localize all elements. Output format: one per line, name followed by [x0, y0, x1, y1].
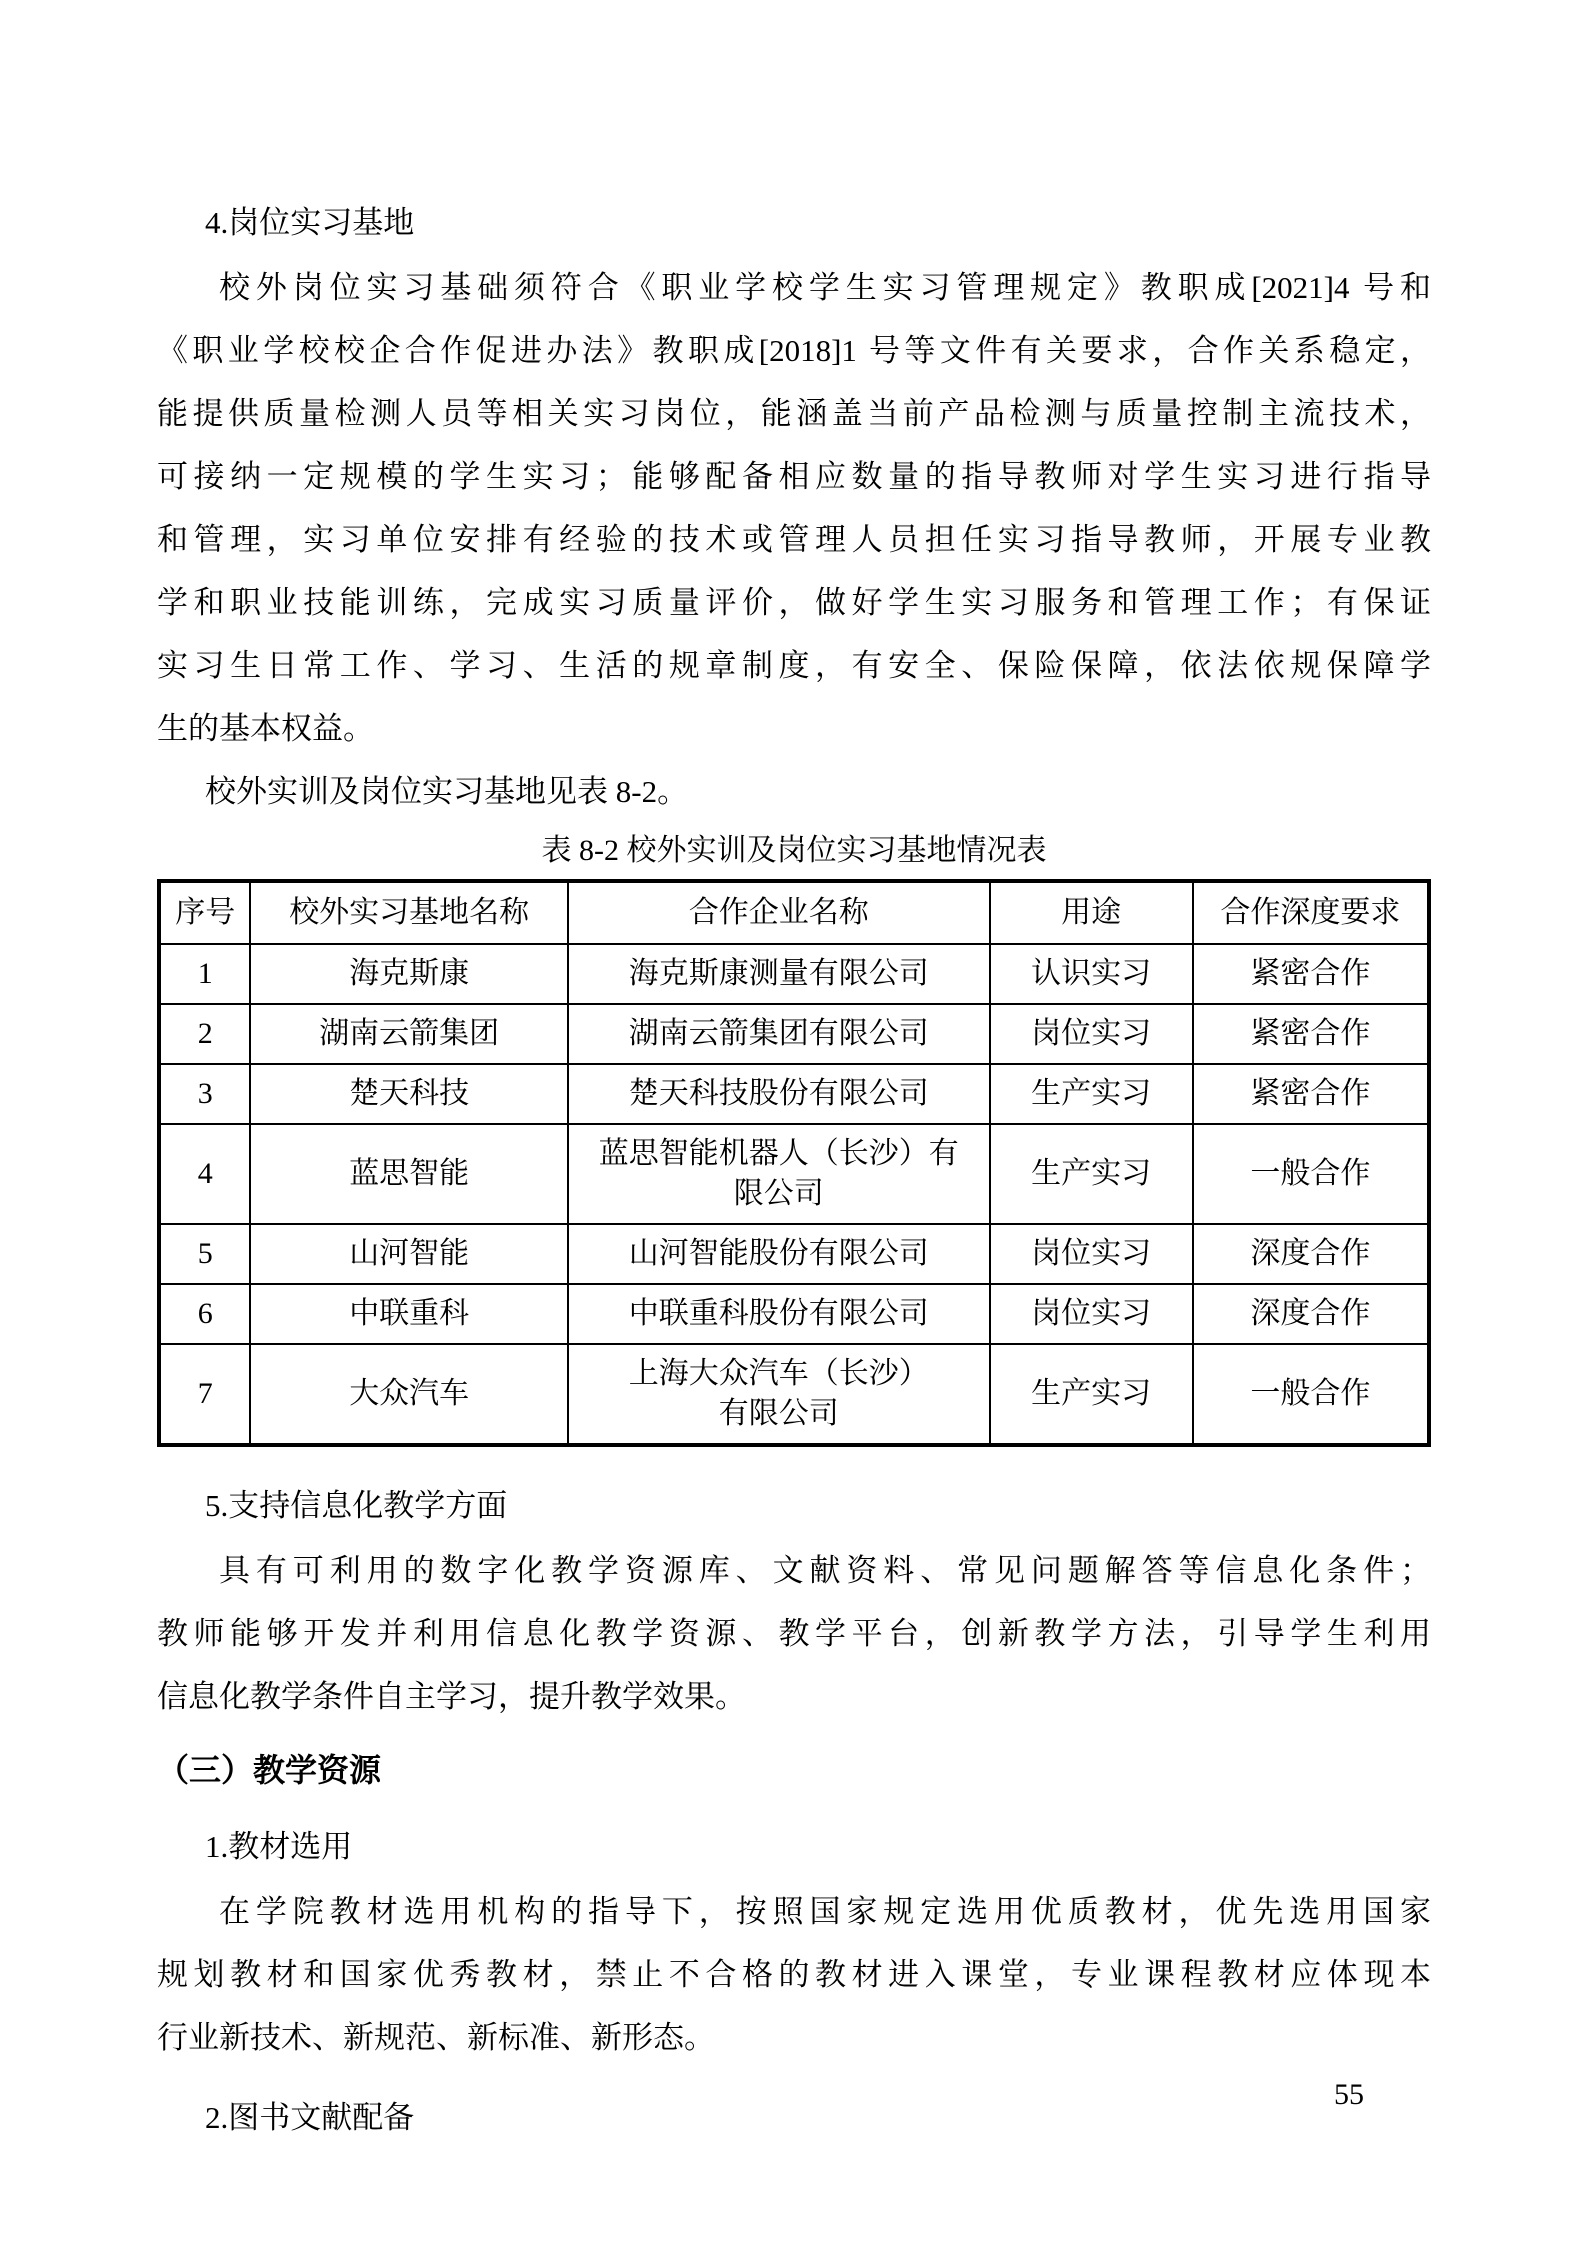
- table-row: 2 湖南云箭集团 湖南云箭集团有限公司 岗位实习 紧密合作: [159, 1004, 1429, 1064]
- paragraph-table-intro: 校外实训及岗位实习基地见表 8-2。: [157, 760, 1431, 823]
- document-page: 4.岗位实习基地 校外岗位实习基础须符合《职业学校学生实习管理规定》教职成[20…: [0, 0, 1587, 2245]
- page-number: 55: [1334, 2078, 1364, 2112]
- column-header: 序号: [159, 881, 250, 944]
- table-row: 7 大众汽车 上海大众汽车（长沙） 有限公司 生产实习 一般合作: [159, 1344, 1429, 1445]
- cell-cooperation-depth: 一般合作: [1193, 1344, 1429, 1445]
- heading-textbook-selection: 1.教材选用: [205, 1814, 1431, 1880]
- cell-base-name: 大众汽车: [250, 1344, 568, 1445]
- cell-company-name: 中联重科股份有限公司: [568, 1284, 990, 1344]
- cell-base-name: 楚天科技: [250, 1064, 568, 1124]
- table-row: 6 中联重科 中联重科股份有限公司 岗位实习 深度合作: [159, 1284, 1429, 1344]
- heading-section-resources: （三）教学资源: [157, 1740, 1431, 1800]
- table-caption: 表 8-2 校外实训及岗位实习基地情况表: [157, 823, 1431, 879]
- cell-cooperation-depth: 深度合作: [1193, 1224, 1429, 1284]
- cell-index: 1: [159, 944, 250, 1004]
- text-line: 规划教材和国家优秀教材，禁止不合格的教材进入课堂，专业课程教材应体现本: [157, 1943, 1431, 2006]
- cell-cooperation-depth: 深度合作: [1193, 1284, 1429, 1344]
- cell-company-name: 楚天科技股份有限公司: [568, 1064, 990, 1124]
- cell-purpose: 岗位实习: [990, 1224, 1193, 1284]
- text-line: 信息化教学条件自主学习，提升教学效果。: [157, 1665, 1431, 1728]
- cell-company-name: 上海大众汽车（长沙） 有限公司: [568, 1344, 990, 1445]
- paragraph-internship-base: 校外岗位实习基础须符合《职业学校学生实习管理规定》教职成[2021]4 号和《职…: [157, 256, 1431, 760]
- cell-cooperation-depth: 一般合作: [1193, 1124, 1429, 1224]
- cell-purpose: 生产实习: [990, 1064, 1193, 1124]
- cell-cooperation-depth: 紧密合作: [1193, 944, 1429, 1004]
- cell-index: 4: [159, 1124, 250, 1224]
- table-header-row: 序号校外实习基地名称合作企业名称用途合作深度要求: [159, 881, 1429, 944]
- cell-company-name: 海克斯康测量有限公司: [568, 944, 990, 1004]
- column-header: 合作企业名称: [568, 881, 990, 944]
- heading-info-teaching: 5.支持信息化教学方面: [205, 1473, 1431, 1539]
- cell-index: 3: [159, 1064, 250, 1124]
- text-line: 能提供质量检测人员等相关实习岗位，能涵盖当前产品检测与质量控制主流技术，: [157, 382, 1431, 445]
- text-line: 学和职业技能训练，完成实习质量评价，做好学生实习服务和管理工作；有保证: [157, 571, 1431, 634]
- cell-company-name: 湖南云箭集团有限公司: [568, 1004, 990, 1064]
- cell-index: 7: [159, 1344, 250, 1445]
- cell-purpose: 生产实习: [990, 1344, 1193, 1445]
- internship-base-table: 序号校外实习基地名称合作企业名称用途合作深度要求 1 海克斯康 海克斯康测量有限…: [157, 879, 1431, 1447]
- text-line: 实习生日常工作、学习、生活的规章制度，有安全、保险保障，依法依规保障学: [157, 634, 1431, 697]
- table-row: 1 海克斯康 海克斯康测量有限公司 认识实习 紧密合作: [159, 944, 1429, 1004]
- cell-cooperation-depth: 紧密合作: [1193, 1004, 1429, 1064]
- table-row: 3 楚天科技 楚天科技股份有限公司 生产实习 紧密合作: [159, 1064, 1429, 1124]
- cell-cooperation-depth: 紧密合作: [1193, 1064, 1429, 1124]
- cell-base-name: 海克斯康: [250, 944, 568, 1004]
- paragraph-info-teaching: 具有可利用的数字化教学资源库、文献资料、常见问题解答等信息化条件；教师能够开发并…: [157, 1539, 1431, 1728]
- cell-index: 6: [159, 1284, 250, 1344]
- heading-library-provision: 2.图书文献配备: [205, 2085, 1431, 2151]
- text-line: 可接纳一定规模的学生实习；能够配备相应数量的指导教师对学生实习进行指导: [157, 445, 1431, 508]
- heading-internship-base: 4.岗位实习基地: [205, 190, 1431, 256]
- column-header: 校外实习基地名称: [250, 881, 568, 944]
- text-line: 生的基本权益。: [157, 697, 1431, 760]
- cell-base-name: 湖南云箭集团: [250, 1004, 568, 1064]
- text-line: 具有可利用的数字化教学资源库、文献资料、常见问题解答等信息化条件；: [157, 1539, 1431, 1602]
- cell-company-name: 山河智能股份有限公司: [568, 1224, 990, 1284]
- cell-purpose: 认识实习: [990, 944, 1193, 1004]
- cell-purpose: 岗位实习: [990, 1284, 1193, 1344]
- cell-base-name: 山河智能: [250, 1224, 568, 1284]
- table-body: 1 海克斯康 海克斯康测量有限公司 认识实习 紧密合作 2 湖南云箭集团 湖南云…: [159, 944, 1429, 1445]
- cell-purpose: 生产实习: [990, 1124, 1193, 1224]
- cell-company-name: 蓝思智能机器人（长沙）有 限公司: [568, 1124, 990, 1224]
- cell-base-name: 中联重科: [250, 1284, 568, 1344]
- text-line: 校外岗位实习基础须符合《职业学校学生实习管理规定》教职成[2021]4 号和: [157, 256, 1431, 319]
- cell-index: 2: [159, 1004, 250, 1064]
- cell-index: 5: [159, 1224, 250, 1284]
- text-line: 行业新技术、新规范、新标准、新形态。: [157, 2006, 1431, 2069]
- text-line: 在学院教材选用机构的指导下，按照国家规定选用优质教材，优先选用国家: [157, 1880, 1431, 1943]
- table-row: 4 蓝思智能 蓝思智能机器人（长沙）有 限公司 生产实习 一般合作: [159, 1124, 1429, 1224]
- cell-base-name: 蓝思智能: [250, 1124, 568, 1224]
- table-row: 5 山河智能 山河智能股份有限公司 岗位实习 深度合作: [159, 1224, 1429, 1284]
- text-line: 和管理，实习单位安排有经验的技术或管理人员担任实习指导教师，开展专业教: [157, 508, 1431, 571]
- cell-purpose: 岗位实习: [990, 1004, 1193, 1064]
- column-header: 合作深度要求: [1193, 881, 1429, 944]
- text-line: 《职业学校校企合作促进办法》教职成[2018]1 号等文件有关要求，合作关系稳定…: [157, 319, 1431, 382]
- column-header: 用途: [990, 881, 1193, 944]
- paragraph-textbook: 在学院教材选用机构的指导下，按照国家规定选用优质教材，优先选用国家规划教材和国家…: [157, 1880, 1431, 2069]
- text-line: 教师能够开发并利用信息化教学资源、教学平台，创新教学方法，引导学生利用: [157, 1602, 1431, 1665]
